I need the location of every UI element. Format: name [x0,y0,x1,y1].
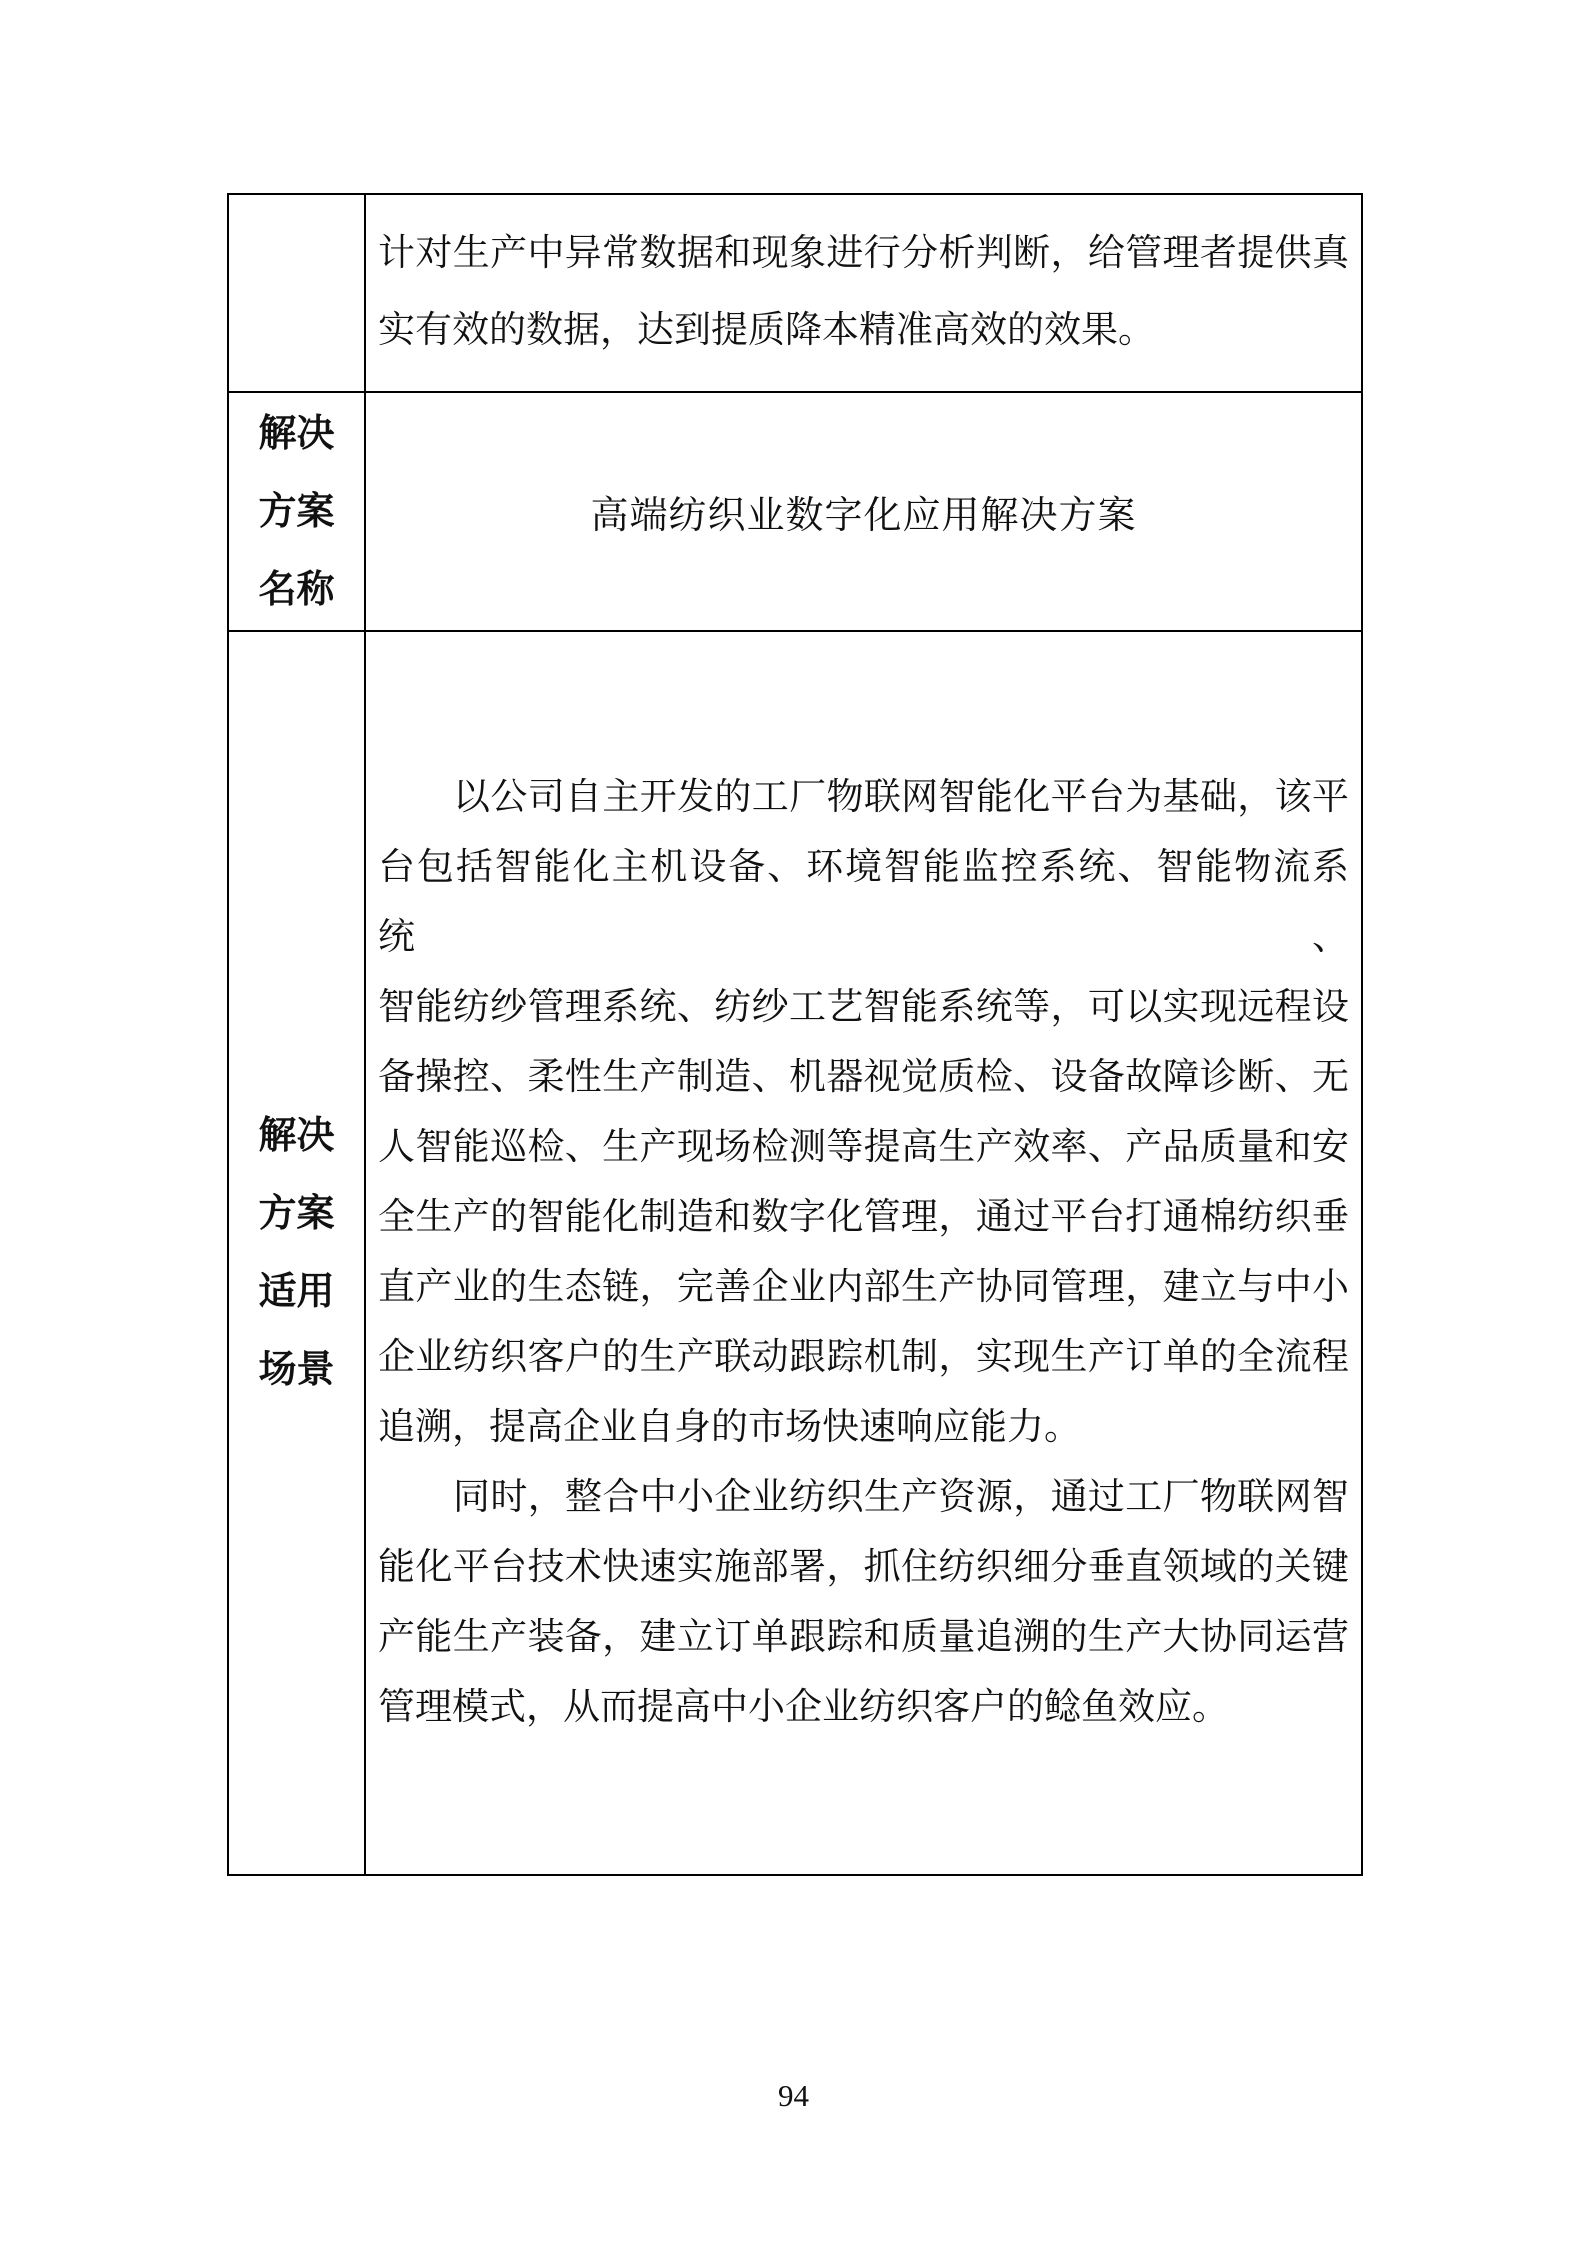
text-line: 企业纺织客户的生产联动跟踪机制，实现生产订单的全流程 [378,1323,1349,1393]
solution-table: 计对生产中异常数据和现象进行分析判断，给管理者提供真实有效的数据，达到提质降本精… [227,193,1363,1876]
text-line: 解决 [258,1097,334,1175]
solution-name-label: 解决方案名称 [229,393,366,630]
solution-name-cell: 高端纺织业数字化应用解决方案 [366,393,1361,630]
scenarios-label: 解决方案适用场景 [229,632,366,1874]
text-line: 适用 [258,1253,334,1331]
scenarios-paragraph-1: 以公司自主开发的工厂物联网智能化平台为基础，该平台包括智能化主机设备、环境智能监… [378,763,1349,1463]
scenarios-paragraph-2: 同时，整合中小企业纺织生产资源，通过工厂物联网智能化平台技术快速实施部署，抓住纺… [378,1463,1349,1743]
document-page: 计对生产中异常数据和现象进行分析判断，给管理者提供真实有效的数据，达到提质降本精… [0,0,1587,2245]
text-line: 场景 [258,1331,334,1409]
text-line: 方案 [258,1175,334,1253]
text-line: 同时，整合中小企业纺织生产资源，通过工厂物联网智 [378,1463,1349,1533]
text-line: 方案 [258,473,334,551]
text-line: 名称 [258,551,334,629]
scenarios-cell: 以公司自主开发的工厂物联网智能化平台为基础，该平台包括智能化主机设备、环境智能监… [366,632,1361,1874]
text-line: 备操控、柔性生产制造、机器视觉质检、设备故障诊断、无 [378,1043,1349,1113]
row1-paragraph: 计对生产中异常数据和现象进行分析判断，给管理者提供真实有效的数据，达到提质降本精… [378,215,1349,369]
text-line: 产能生产装备，建立订单跟踪和质量追溯的生产大协同运营 [378,1603,1349,1673]
text-line: 台包括智能化主机设备、环境智能监控系统、智能物流系统、 [378,833,1349,973]
text-line: 管理模式，从而提高中小企业纺织客户的鲶鱼效应。 [378,1673,1349,1743]
text-line: 解决 [258,395,334,473]
row1-content-cell: 计对生产中异常数据和现象进行分析判断，给管理者提供真实有效的数据，达到提质降本精… [366,195,1361,391]
page-number: 94 [0,2078,1587,2114]
text-line: 直产业的生态链，完善企业内部生产协同管理，建立与中小 [378,1253,1349,1323]
text-line: 实有效的数据，达到提质降本精准高效的效果。 [378,292,1349,369]
text-line: 以公司自主开发的工厂物联网智能化平台为基础，该平 [378,763,1349,833]
solution-name-text: 高端纺织业数字化应用解决方案 [590,484,1136,539]
text-line: 追溯，提高企业自身的市场快速响应能力。 [378,1393,1349,1463]
table-row-solution-name: 解决方案名称 高端纺织业数字化应用解决方案 [229,393,1361,632]
text-line: 人智能巡检、生产现场检测等提高生产效率、产品质量和安 [378,1113,1349,1183]
table-row-applicable-scenarios: 解决方案适用场景 以公司自主开发的工厂物联网智能化平台为基础，该平台包括智能化主… [229,632,1361,1874]
text-line: 全生产的智能化制造和数字化管理，通过平台打通棉纺织垂 [378,1183,1349,1253]
text-line: 智能纺纱管理系统、纺纱工艺智能系统等，可以实现远程设 [378,973,1349,1043]
text-line: 能化平台技术快速实施部署，抓住纺织细分垂直领域的关键 [378,1533,1349,1603]
text-line: 计对生产中异常数据和现象进行分析判断，给管理者提供真 [378,215,1349,292]
row1-label-cell [229,195,366,391]
table-row-continuation: 计对生产中异常数据和现象进行分析判断，给管理者提供真实有效的数据，达到提质降本精… [229,195,1361,393]
